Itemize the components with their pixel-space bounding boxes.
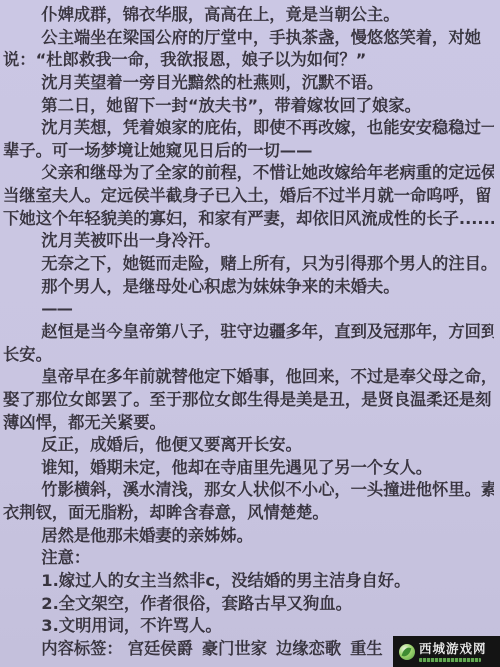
- text-line: 那个男人，是继母处心积虑为妹妹争来的未婚夫。: [3, 276, 494, 299]
- text-line: 薄凶悍，都无关紧要。: [3, 412, 494, 435]
- tag-item: 宫廷侯爵: [128, 639, 193, 658]
- text-line: 辈子。可一场梦境让她窥见日后的一切——: [3, 140, 494, 163]
- tag-item: 豪门世家: [202, 639, 267, 658]
- story-text-block: 仆婢成群，锦衣华服，高高在上，竟是当朝公主。 公主端坐在梁国公府的厅堂中，手执茶…: [0, 0, 500, 661]
- text-line: 竹影横斜，溪水清浅，那女人状似不小心，一头撞进他怀里。素: [3, 479, 494, 502]
- text-line: 仆婢成群，锦衣华服，高高在上，竟是当朝公主。: [3, 4, 494, 27]
- text-line: 沈月芙被吓出一身冷汗。: [3, 230, 494, 253]
- notice-item-1: 1.嫁过人的女主当然非c，没结婚的男主洁身自好。: [3, 570, 494, 593]
- tags-label: 内容标签：: [41, 639, 122, 658]
- text-line: 娶了那位女郎罢了。至于那位女郎生得是美是丑，是贤良温柔还是刻: [3, 389, 494, 412]
- leaf-circle-icon: [399, 644, 415, 660]
- text-line: 皇帝早在多年前就替他定下婚事，他回来，不过是奉父母之命，: [3, 366, 494, 389]
- novel-intro-page: 仆婢成群，锦衣华服，高高在上，竟是当朝公主。 公主端坐在梁国公府的厅堂中，手执茶…: [0, 0, 500, 667]
- section-divider: ——: [3, 298, 494, 321]
- watermark-subtext: [419, 658, 481, 662]
- text-line: 赵恒是当今皇帝第八子，驻守边疆多年，直到及冠那年，方回到: [3, 321, 494, 344]
- text-line: 长安。: [3, 344, 494, 367]
- notice-item-2: 2.全文架空，作者很俗，套路古早又狗血。: [3, 593, 494, 616]
- tag-item: 重生: [350, 639, 383, 658]
- text-line: 反正，成婚后，他便又要离开长安。: [3, 434, 494, 457]
- notice-item-3: 3.文明用词，不许骂人。: [3, 615, 494, 638]
- text-line: 说：“杜郎救我一命，我欲报恩，娘子以为如何？”: [3, 49, 494, 72]
- text-line: 第二日，她留下一封“放夫书”，带着嫁妆回了娘家。: [3, 95, 494, 118]
- text-line: 沈月芙望着一旁目光黯然的杜燕则，沉默不语。: [3, 72, 494, 95]
- text-line: 父亲和继母为了全家的前程，不惜让她改嫁给年老病重的定远侯: [3, 162, 494, 185]
- text-line: 下她这个年轻貌美的寡妇，和家有严妻，却依旧风流成性的长子......: [3, 208, 494, 231]
- watermark-site-name: 西城游戏网: [419, 642, 487, 656]
- text-line: 公主端坐在梁国公府的厅堂中，手执茶盏，慢悠悠笑着，对她: [3, 27, 494, 50]
- notice-heading: 注意：: [3, 547, 494, 570]
- text-line: 无奈之下，她铤而走险，赌上所有，只为引得那个男人的注目。: [3, 253, 494, 276]
- text-line: 谁知，婚期未定，他却在寺庙里先遇见了另一个女人。: [3, 457, 494, 480]
- text-line: 沈月芙想，凭着娘家的庇佑，即使不再改嫁，也能安安稳稳过一: [3, 117, 494, 140]
- text-line: 居然是他那未婚妻的亲姊姊。: [3, 525, 494, 548]
- site-watermark-badge: 西城游戏网: [393, 636, 500, 667]
- text-line: 衣荆钗，面无脂粉，却眸含春意，风情楚楚。: [3, 502, 494, 525]
- text-line: 当继室夫人。定远侯半截身子已入土，婚后不过半月就一命呜呼，留: [3, 185, 494, 208]
- tag-item: 边缘恋歌: [276, 639, 341, 658]
